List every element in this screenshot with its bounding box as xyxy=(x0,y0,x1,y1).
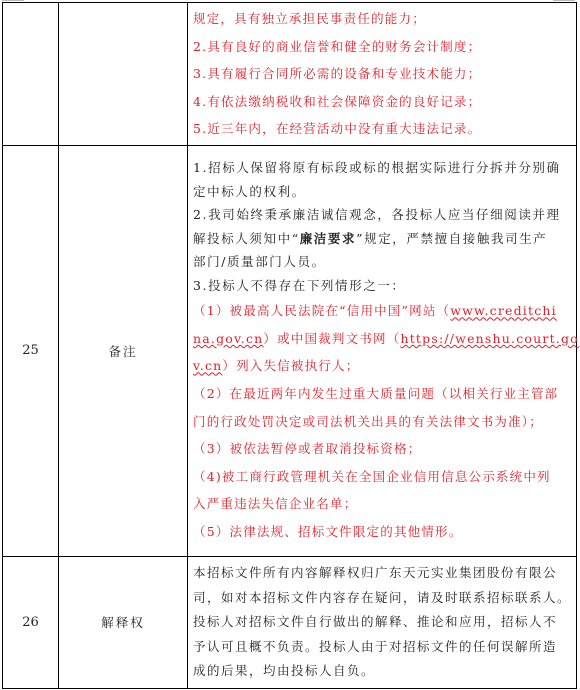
row-name-cell xyxy=(59,3,188,146)
remarks-cell: 1.招标人保留将原有标段或标的根据实际进行分拆并分别确 定中标人的权利。 2.我… xyxy=(188,145,577,556)
qualification-line: 3.具有履行合同所必需的设备和专业技术能力； xyxy=(193,60,572,88)
remark-item-3-title: 3.投标人不得存在下列情形之一： xyxy=(193,274,572,298)
row-number-cell: 25 xyxy=(3,145,59,556)
remark-item-1: 1.招标人保留将原有标段或标的根据实际进行分拆并分别确 xyxy=(193,156,572,180)
remark-item-1-cont: 定中标人的权利。 xyxy=(193,180,572,204)
qualification-line: 规定，具有独立承担民事责任的能力； xyxy=(193,5,572,33)
exclusion-item-4: （4)被工商行政管理机关在全国企业信用信息公示系统中列 xyxy=(193,463,572,491)
qualification-line: 5.近三年内，在经营活动中没有重大违法记录。 xyxy=(193,115,572,143)
row-number-cell xyxy=(3,3,59,146)
interpretation-line: 予认可且概不负责。投标人由于对招标文件的任何误解所造 xyxy=(193,635,572,660)
interpretation-right-cell: 本招标文件所有内容解释权归广东天元实业集团股份有限公 司，如对本招标文件内容存在… xyxy=(188,556,577,688)
creditchina-link[interactable]: na.gov.cn xyxy=(193,331,263,346)
remark-item-2-cont: 部门/质量部门人员。 xyxy=(193,250,572,274)
exclusion-item-1-cont: na.gov.cn）或中国裁判文书网（https://wenshu.court.… xyxy=(193,325,572,353)
table-row-25: 25 备注 1.招标人保留将原有标段或标的根据实际进行分拆并分别确 定中标人的权… xyxy=(3,145,577,556)
row-number-cell: 26 xyxy=(3,556,59,688)
integrity-requirement-emphasis: 廉洁要求 xyxy=(300,231,356,246)
qualification-line: 2.具有良好的商业信誉和健全的财务会计制度； xyxy=(193,33,572,61)
text: （1）被最高人民法院在“信用中国”网站（ xyxy=(193,303,450,318)
exclusion-item-5: （5）法律法规、招标文件限定的其他情形。 xyxy=(193,518,572,546)
interpretation-line: 成的后果，均由投标人自负。 xyxy=(193,659,572,684)
exclusion-item-4-cont: 入严重违法失信企业名单； xyxy=(193,490,572,518)
table-row-continued: 规定，具有独立承担民事责任的能力； 2.具有良好的商业信誉和健全的财务会计制度；… xyxy=(3,3,577,146)
remark-item-2-cont: 解投标人须知中“廉洁要求”规定，严禁擅自接触我司生产 xyxy=(193,227,572,251)
wenshu-link[interactable]: v.cn xyxy=(193,358,222,373)
exclusion-item-2: （2）在最近两年内发生过重大质量问题（以相关行业主管部 xyxy=(193,380,572,408)
text: ）或中国裁判文书网（ xyxy=(263,331,400,346)
text: ）列入失信被执行人； xyxy=(222,358,359,373)
exclusion-item-3: （3）被依法暂停或者取消投标资格； xyxy=(193,435,572,463)
interpretation-line: 本招标文件所有内容解释权归广东天元实业集团股份有限公 xyxy=(193,561,572,586)
row-name-cell: 备注 xyxy=(59,145,188,556)
interpretation-line: 司，如对本招标文件内容存在疑问，请及时联系招标联系人。 xyxy=(193,586,572,611)
exclusion-item-1-cont: v.cn）列入失信被执行人； xyxy=(193,352,572,380)
remark-item-2: 2.我司始终秉承廉洁诚信观念，各投标人应当仔细阅读并理 xyxy=(193,203,572,227)
row-name-cell: 解释权 xyxy=(59,556,188,688)
qualification-line: 4.有依法缴纳税收和社会保障资金的良好记录； xyxy=(193,88,572,116)
exclusion-item-1: （1）被最高人民法院在“信用中国”网站（www.creditchi xyxy=(193,297,572,325)
qualification-requirements-cell: 规定，具有独立承担民事责任的能力； 2.具有良好的商业信誉和健全的财务会计制度；… xyxy=(188,3,577,146)
text: ”规定，严禁擅自接触我司生产 xyxy=(356,231,547,246)
exclusion-item-2-cont: 门的行政处罚决定或司法机关出具的有关法律文书为准）； xyxy=(193,408,572,436)
table-row-26: 26 解释权 本招标文件所有内容解释权归广东天元实业集团股份有限公 司，如对本招… xyxy=(3,556,577,688)
creditchina-link[interactable]: www.creditchi xyxy=(450,303,557,318)
interpretation-line: 投标人对招标文件自行做出的解释、推论和应用，招标人不 xyxy=(193,610,572,635)
tender-requirements-table: 规定，具有独立承担民事责任的能力； 2.具有良好的商业信誉和健全的财务会计制度；… xyxy=(2,2,577,689)
wenshu-link[interactable]: https://wenshu.court.go xyxy=(400,331,578,346)
text: 解投标人须知中“ xyxy=(193,231,300,246)
